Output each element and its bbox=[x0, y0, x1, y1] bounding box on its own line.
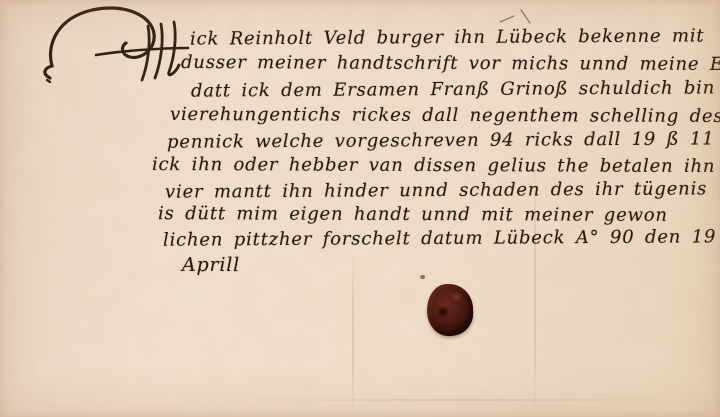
manuscript-line: pennick welche vorgeschreven 94 ricks da… bbox=[167, 128, 720, 152]
manuscript-line: ick Reinholt Veld burger ihn Lübeck beke… bbox=[190, 25, 705, 49]
ink-speck bbox=[420, 275, 425, 279]
manuscript-line: vier mantt ihn hinder unnd schaden des i… bbox=[165, 178, 707, 202]
manuscript-line: vierehungentichs rickes dall negenthem s… bbox=[170, 104, 720, 127]
manuscript-scan: ick Reinholt Veld burger ihn Lübeck beke… bbox=[0, 0, 720, 417]
manuscript-line: Aprill bbox=[182, 254, 240, 276]
manuscript-line: datt ick dem Ersamen Franß Grinoß schuld… bbox=[191, 77, 715, 101]
manuscript-line: dusser meiner handtschrift vor michs unn… bbox=[181, 52, 720, 75]
manuscript-line: is dütt mim eigen handt unnd mit meiner … bbox=[158, 203, 668, 226]
manuscript-line: ick ihn oder hebber van dissen gelius th… bbox=[152, 154, 715, 177]
manuscript-line: lichen pittzher forschelt datum Lübeck A… bbox=[163, 226, 716, 250]
scratch-mark bbox=[500, 10, 530, 23]
